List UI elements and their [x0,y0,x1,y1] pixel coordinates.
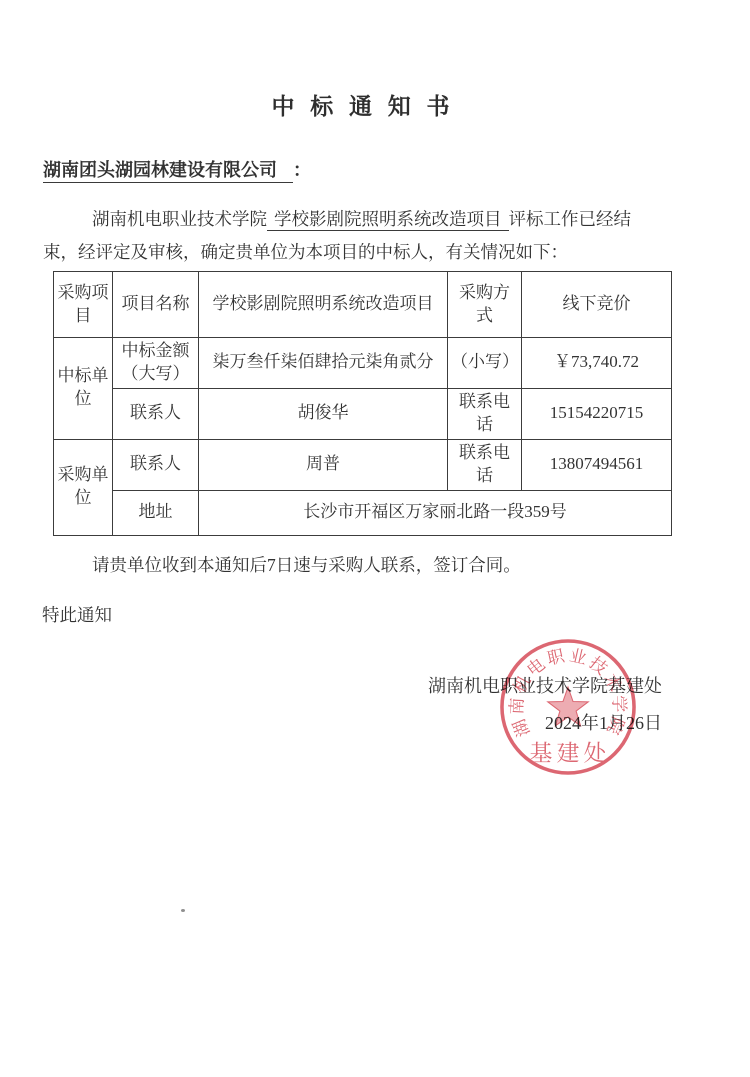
cell-value-procure-method: 线下竞价 [522,272,672,338]
seal-center-label: 基建处 [530,741,611,766]
table-row: 中标单位 中标金额（大写） 柒万叁仟柒佰肆拾元柒角贰分 （小写） ￥73,740… [54,338,672,389]
addressee-colon: ： [293,160,311,180]
cell-label-bidder-phone: 联系电话 [448,388,522,439]
notice-line: 特此通知 [42,602,112,627]
cell-label-project-name: 项目名称 [113,272,199,338]
addressee-line: 湖南团头湖园林建设有限公司： [43,156,311,182]
cell-value-purchaser-contact: 周普 [199,439,448,490]
cell-label-purchaser-contact: 联系人 [113,439,199,490]
cell-label-purchaser-phone: 联系电话 [448,439,522,490]
cell-value-amount-figures: ￥73,740.72 [522,338,672,389]
cell-value-project-name: 学校影剧院照明系统改造项目 [199,272,448,338]
table-row: 联系人 胡俊华 联系电话 15154220715 [54,388,672,439]
seal-star-icon [548,687,588,726]
intro-prefix: 湖南机电职业技术学院 [92,209,267,229]
cell-label-procure-method: 采购方式 [448,272,522,338]
addressee-company: 湖南团头湖园林建设有限公司 [43,160,293,183]
cell-label-amount-words: 中标金额（大写） [113,338,199,389]
page-title: 中 标 通 知 书 [0,88,726,121]
official-seal: 湖南机电职业技术学院 基建处 [497,636,639,778]
award-info-table: 采购项目 项目名称 学校影剧院照明系统改造项目 采购方式 线下竞价 中标单位 中… [53,271,672,536]
cell-label-bidder-contact: 联系人 [113,388,199,439]
cell-label-address: 地址 [113,490,199,535]
cell-group-winning-bidder: 中标单位 [54,338,113,440]
cell-value-amount-words: 柒万叁仟柒佰肆拾元柒角贰分 [199,338,448,389]
closing-paragraph: 请贵单位收到本通知后7日速与采购人联系，签订合同。 [43,552,663,577]
cell-label-amount-figures: （小写） [448,338,522,389]
table-row: 地址 长沙市开福区万家丽北路一段359号 [54,490,672,535]
cell-value-bidder-contact: 胡俊华 [199,388,448,439]
cell-value-bidder-phone: 15154220715 [522,388,672,439]
intro-project-name: 学校影剧院照明系统改造项目 [267,209,509,231]
cell-value-purchaser-phone: 13807494561 [522,439,672,490]
document-page: 中 标 通 知 书 湖南团头湖园林建设有限公司： 湖南机电职业技术学院学校影剧院… [0,0,750,1077]
table-row: 采购单位 联系人 周普 联系电话 13807494561 [54,439,672,490]
cell-group-purchaser: 采购单位 [54,439,113,535]
cell-group-procure-project: 采购项目 [54,272,113,338]
ink-speck [181,909,185,912]
table-row: 采购项目 项目名称 学校影剧院照明系统改造项目 采购方式 线下竞价 [54,272,672,338]
intro-paragraph: 湖南机电职业技术学院学校影剧院照明系统改造项目评标工作已经结束，经评定及审核，确… [43,203,641,269]
cell-value-address: 长沙市开福区万家丽北路一段359号 [199,490,672,535]
